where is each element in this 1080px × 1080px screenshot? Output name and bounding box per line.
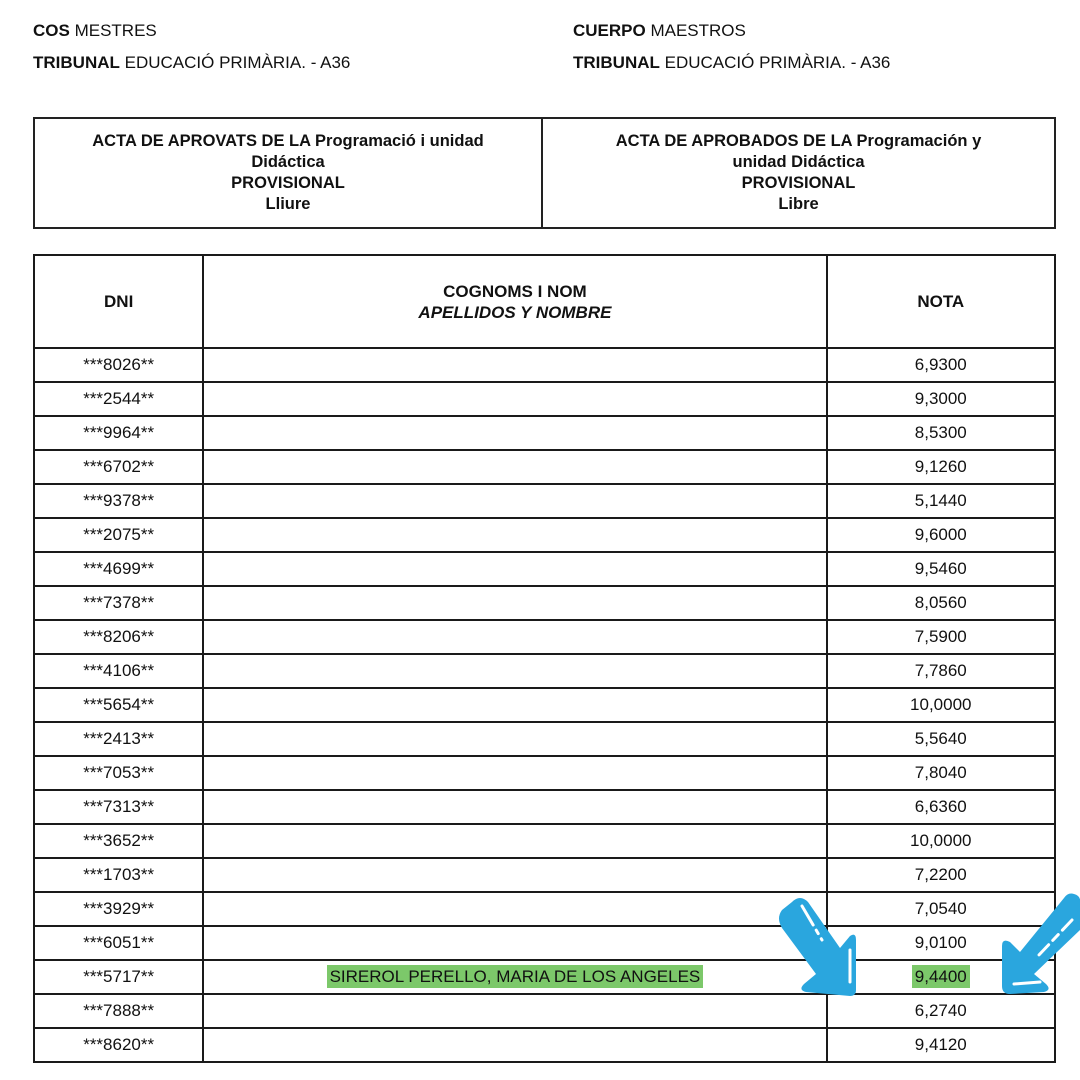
name-cell <box>203 586 826 620</box>
nota-cell: 9,4400 <box>827 960 1055 994</box>
nota-cell: 10,0000 <box>827 688 1055 722</box>
header-left-line2-bold: TRIBUNAL <box>33 53 120 72</box>
header-left-line1: COS MESTRES <box>33 20 157 42</box>
title-ca-line2: Didáctica <box>251 152 324 173</box>
table-row: ***7313**6,6360 <box>34 790 1055 824</box>
dni-cell: ***2413** <box>34 722 203 756</box>
nota-cell: 9,5460 <box>827 552 1055 586</box>
title-ca-line3: PROVISIONAL <box>231 173 345 194</box>
header-left-line2: TRIBUNAL EDUCACIÓ PRIMÀRIA. - A36 <box>33 52 350 74</box>
nota-cell: 7,0540 <box>827 892 1055 926</box>
table-row: ***2075**9,6000 <box>34 518 1055 552</box>
nota-cell: 7,2200 <box>827 858 1055 892</box>
title-box-spanish: ACTA DE APROBADOS DE LA Programación y u… <box>543 119 1054 227</box>
table-row: ***9378**5,1440 <box>34 484 1055 518</box>
dni-cell: ***2075** <box>34 518 203 552</box>
header-right-line1-rest: MAESTROS <box>646 21 746 40</box>
name-cell <box>203 382 826 416</box>
dni-cell: ***8206** <box>34 620 203 654</box>
nota-cell: 5,5640 <box>827 722 1055 756</box>
name-cell <box>203 688 826 722</box>
table-row: ***8620**9,4120 <box>34 1028 1055 1062</box>
table-row: ***7888**6,2740 <box>34 994 1055 1028</box>
name-cell <box>203 450 826 484</box>
name-cell <box>203 416 826 450</box>
column-header-dni: DNI <box>34 255 203 348</box>
dni-cell: ***1703** <box>34 858 203 892</box>
header-right-line1-bold: CUERPO <box>573 21 646 40</box>
dni-cell: ***2544** <box>34 382 203 416</box>
table-row: ***7053**7,8040 <box>34 756 1055 790</box>
dni-cell: ***5717** <box>34 960 203 994</box>
nota-cell: 6,6360 <box>827 790 1055 824</box>
title-ca-line4: Lliure <box>266 194 311 215</box>
name-cell <box>203 824 826 858</box>
name-cell <box>203 858 826 892</box>
name-cell <box>203 654 826 688</box>
name-cell <box>203 1028 826 1062</box>
dni-cell: ***7313** <box>34 790 203 824</box>
nota-cell: 9,6000 <box>827 518 1055 552</box>
table-row: ***6051**9,0100 <box>34 926 1055 960</box>
dni-cell: ***4106** <box>34 654 203 688</box>
nota-cell: 8,5300 <box>827 416 1055 450</box>
table-row: ***4699**9,5460 <box>34 552 1055 586</box>
header-left-line2-rest: EDUCACIÓ PRIMÀRIA. - A36 <box>120 53 351 72</box>
table-row: ***7378**8,0560 <box>34 586 1055 620</box>
dni-cell: ***3929** <box>34 892 203 926</box>
name-cell <box>203 926 826 960</box>
column-header-nota: NOTA <box>827 255 1055 348</box>
title-box-catalan: ACTA DE APROVATS DE LA Programació i uni… <box>35 119 543 227</box>
nota-cell: 6,9300 <box>827 348 1055 382</box>
name-cell <box>203 756 826 790</box>
table-row-highlighted: ***5717**SIREROL PERELLO, MARIA DE LOS A… <box>34 960 1055 994</box>
nota-cell: 7,5900 <box>827 620 1055 654</box>
title-es-line3: PROVISIONAL <box>742 173 856 194</box>
header-right-line2-rest: EDUCACIÓ PRIMÀRIA. - A36 <box>660 53 891 72</box>
table-row: ***4106**7,7860 <box>34 654 1055 688</box>
name-cell <box>203 790 826 824</box>
table-row: ***1703**7,2200 <box>34 858 1055 892</box>
name-cell <box>203 892 826 926</box>
nota-cell: 7,7860 <box>827 654 1055 688</box>
highlighted-score: 9,4400 <box>912 965 970 988</box>
header-right-line2: TRIBUNAL EDUCACIÓ PRIMÀRIA. - A36 <box>573 52 890 74</box>
table-row: ***6702**9,1260 <box>34 450 1055 484</box>
dni-cell: ***6702** <box>34 450 203 484</box>
column-header-name-catalan: COGNOMS I NOM <box>443 282 587 301</box>
dni-cell: ***9378** <box>34 484 203 518</box>
title-box: ACTA DE APROVATS DE LA Programació i uni… <box>33 117 1056 229</box>
title-es-line2: unidad Didáctica <box>732 152 864 173</box>
table-row: ***2544**9,3000 <box>34 382 1055 416</box>
dni-cell: ***9964** <box>34 416 203 450</box>
title-ca-line1: ACTA DE APROVATS DE LA Programació i uni… <box>92 131 483 152</box>
nota-cell: 10,0000 <box>827 824 1055 858</box>
nota-cell: 9,4120 <box>827 1028 1055 1062</box>
title-es-line1: ACTA DE APROBADOS DE LA Programación y <box>616 131 982 152</box>
nota-cell: 9,0100 <box>827 926 1055 960</box>
nota-cell: 9,1260 <box>827 450 1055 484</box>
name-cell <box>203 620 826 654</box>
table-row: ***5654**10,0000 <box>34 688 1055 722</box>
header-left-line1-bold: COS <box>33 21 70 40</box>
table-row: ***9964**8,5300 <box>34 416 1055 450</box>
header-left-line1-rest: MESTRES <box>70 21 157 40</box>
highlighted-name: SIREROL PERELLO, MARIA DE LOS ANGELES <box>327 965 704 988</box>
title-es-line4: Libre <box>778 194 818 215</box>
name-cell <box>203 518 826 552</box>
table-row: ***8026**6,9300 <box>34 348 1055 382</box>
dni-cell: ***7378** <box>34 586 203 620</box>
name-cell: SIREROL PERELLO, MARIA DE LOS ANGELES <box>203 960 826 994</box>
dni-cell: ***5654** <box>34 688 203 722</box>
column-header-name: COGNOMS I NOM APELLIDOS Y NOMBRE <box>203 255 826 348</box>
nota-cell: 9,3000 <box>827 382 1055 416</box>
dni-cell: ***3652** <box>34 824 203 858</box>
results-table: DNI COGNOMS I NOM APELLIDOS Y NOMBRE NOT… <box>33 254 1056 1063</box>
table-header-row: DNI COGNOMS I NOM APELLIDOS Y NOMBRE NOT… <box>34 255 1055 348</box>
header-right-line1: CUERPO MAESTROS <box>573 20 746 42</box>
dni-cell: ***6051** <box>34 926 203 960</box>
table-row: ***3929**7,0540 <box>34 892 1055 926</box>
table-row: ***8206**7,5900 <box>34 620 1055 654</box>
table-row: ***2413**5,5640 <box>34 722 1055 756</box>
name-cell <box>203 484 826 518</box>
dni-cell: ***4699** <box>34 552 203 586</box>
nota-cell: 7,8040 <box>827 756 1055 790</box>
dni-cell: ***7053** <box>34 756 203 790</box>
nota-cell: 8,0560 <box>827 586 1055 620</box>
header-right-line2-bold: TRIBUNAL <box>573 53 660 72</box>
column-header-name-spanish: APELLIDOS Y NOMBRE <box>204 302 825 323</box>
dni-cell: ***8026** <box>34 348 203 382</box>
table-body: ***8026**6,9300***2544**9,3000***9964**8… <box>34 348 1055 1062</box>
name-cell <box>203 348 826 382</box>
name-cell <box>203 994 826 1028</box>
name-cell <box>203 722 826 756</box>
nota-cell: 5,1440 <box>827 484 1055 518</box>
dni-cell: ***8620** <box>34 1028 203 1062</box>
name-cell <box>203 552 826 586</box>
table-row: ***3652**10,0000 <box>34 824 1055 858</box>
dni-cell: ***7888** <box>34 994 203 1028</box>
nota-cell: 6,2740 <box>827 994 1055 1028</box>
